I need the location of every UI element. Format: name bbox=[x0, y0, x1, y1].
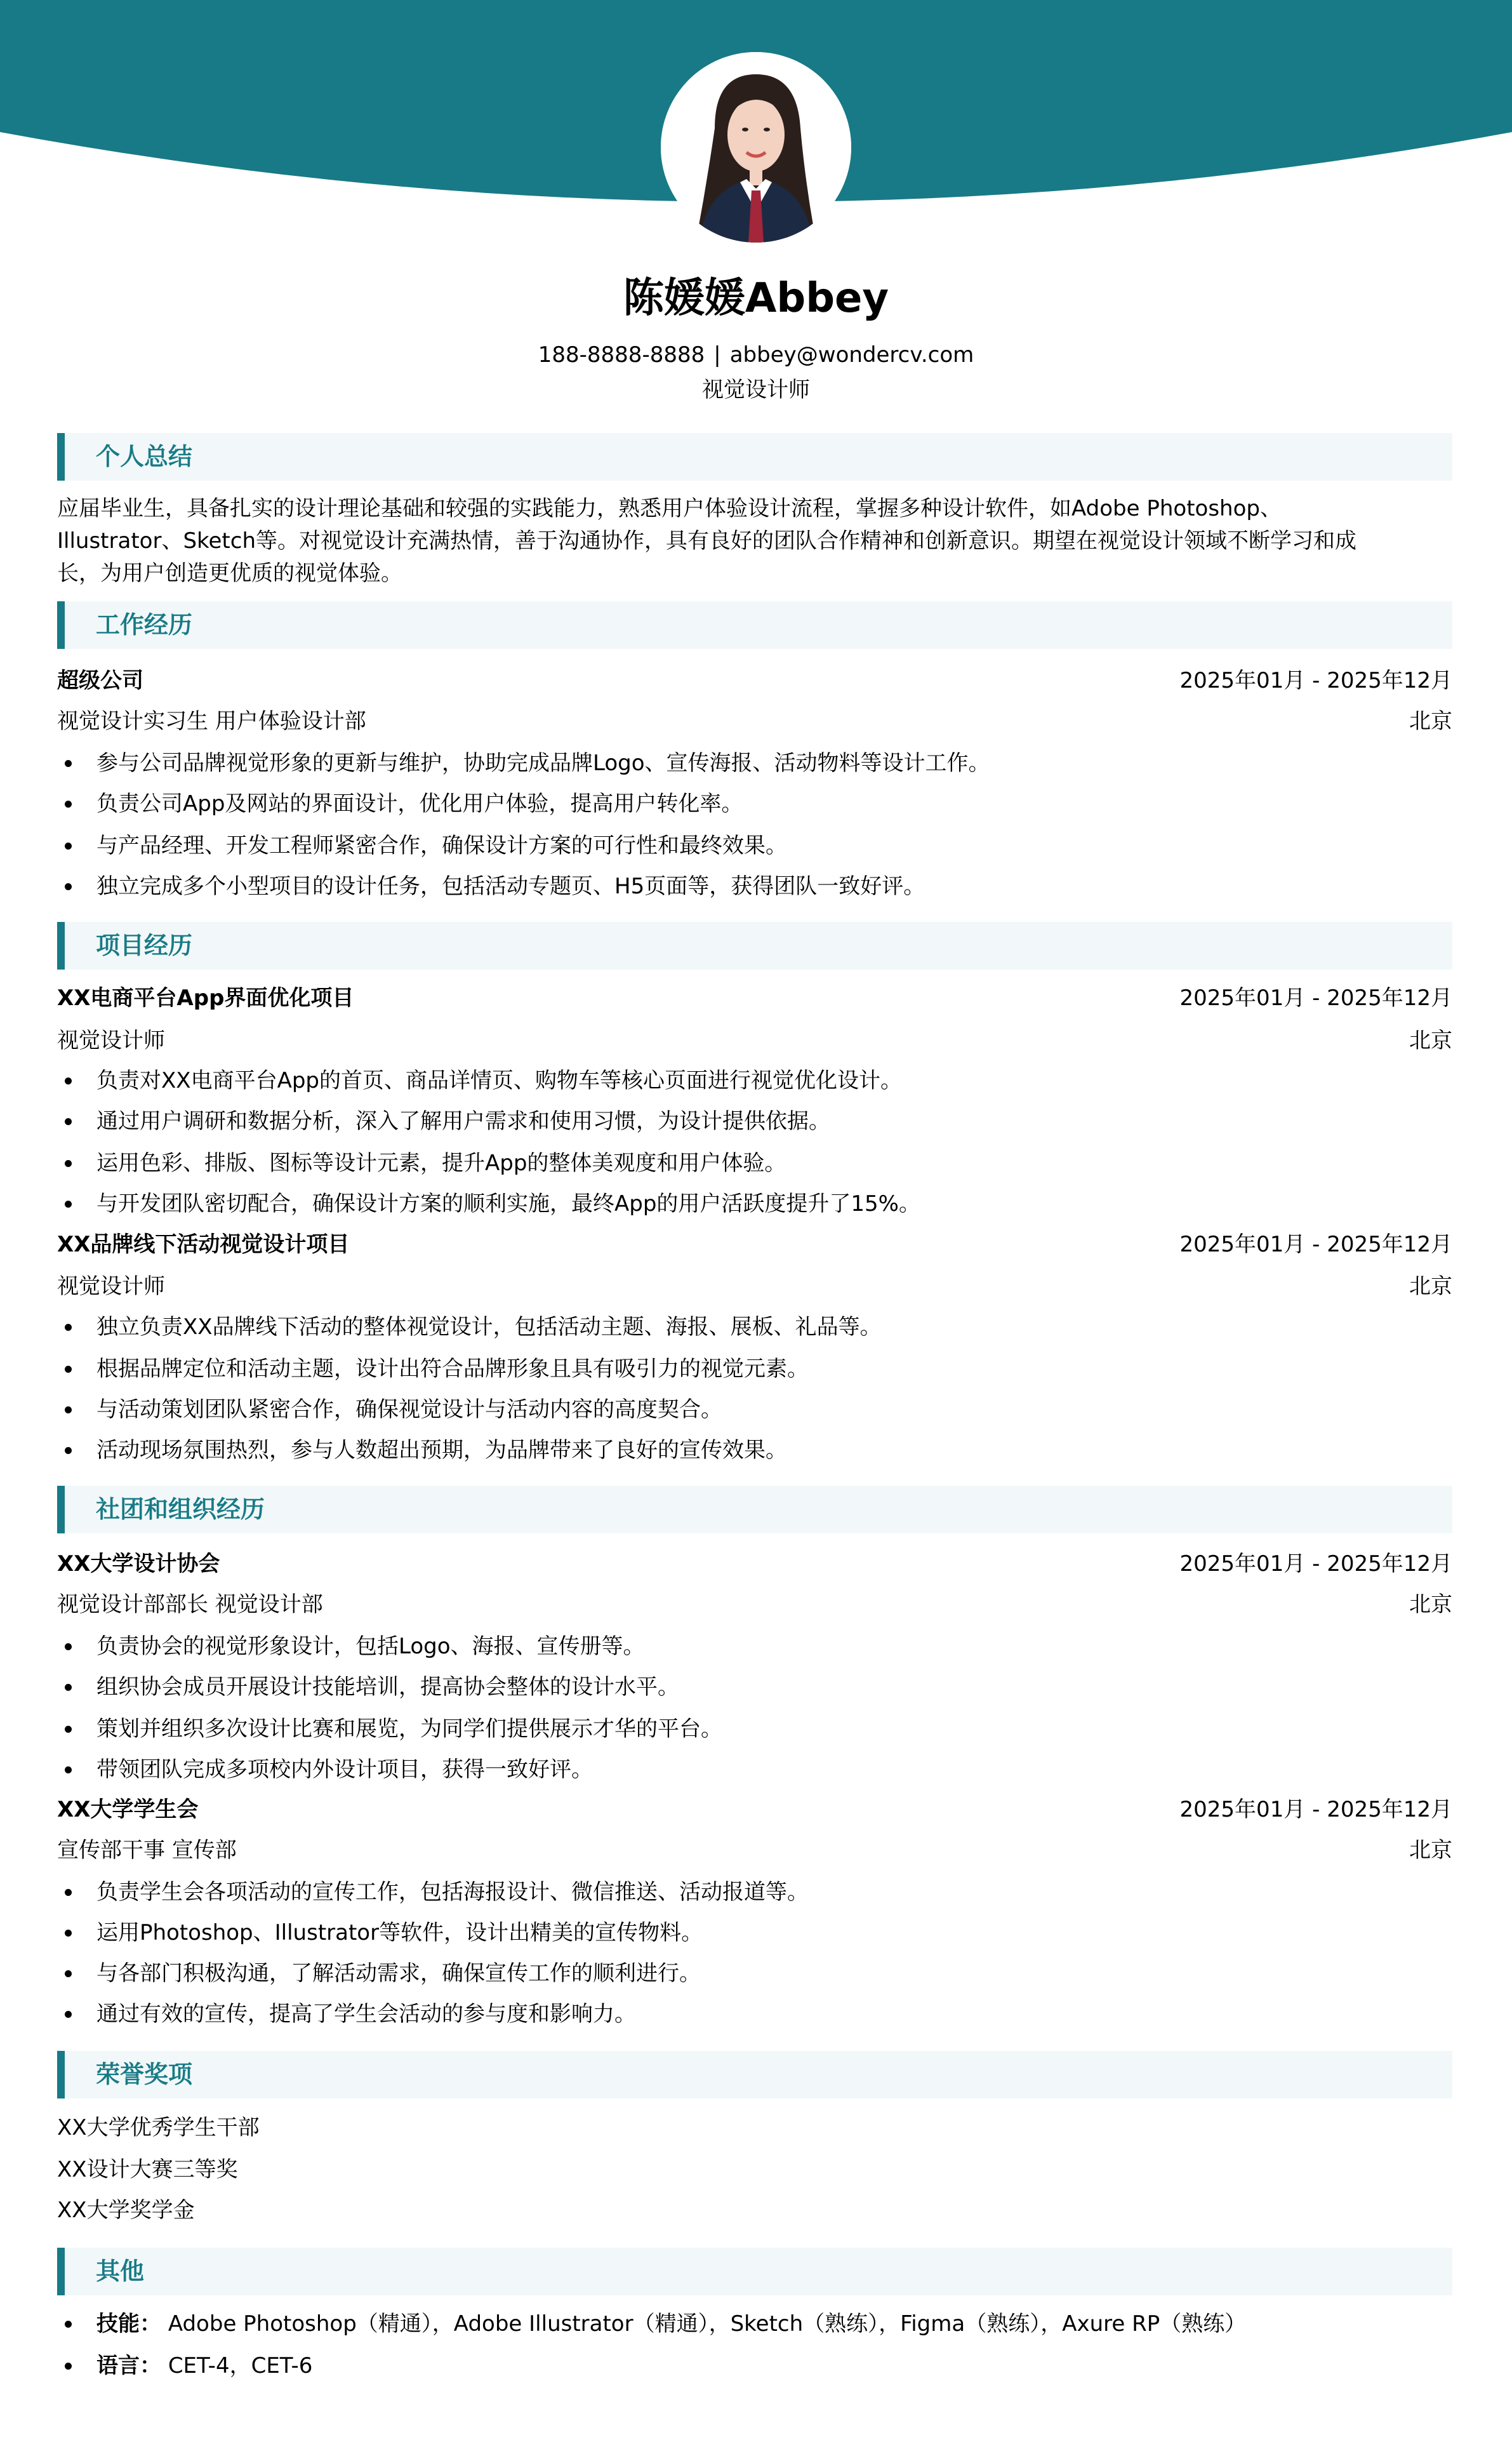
bullet-icon bbox=[65, 801, 72, 808]
entry-role: 视觉设计实习生 用户体验设计部 bbox=[57, 705, 366, 738]
phone: 188-8888-8888 bbox=[538, 342, 705, 368]
entry-date: 2025年01月 - 2025年12月 bbox=[1180, 664, 1452, 697]
job-title: 视觉设计师 bbox=[0, 373, 1512, 406]
entry-location: 北京 bbox=[1409, 1270, 1452, 1303]
bullet-icon bbox=[65, 1160, 72, 1167]
bullet-icon bbox=[65, 1970, 72, 1977]
entry-subheader: 宣传部干事 宣传部 北京 bbox=[57, 1834, 1452, 1867]
bullet-icon bbox=[65, 1684, 72, 1691]
section-title: 项目经历 bbox=[96, 922, 192, 970]
bullet-icon bbox=[65, 1406, 72, 1413]
bullet-icon bbox=[65, 1078, 72, 1084]
languages-value: CET-4，CET-6 bbox=[168, 2353, 313, 2379]
section-title: 其他 bbox=[96, 2248, 144, 2295]
contact-separator: | bbox=[713, 342, 720, 368]
entry-date: 2025年01月 - 2025年12月 bbox=[1180, 1793, 1452, 1826]
bullet-icon bbox=[65, 1889, 72, 1896]
award-item: XX大学优秀学生干部 bbox=[57, 2111, 1452, 2144]
bullet-icon bbox=[65, 1930, 72, 1937]
bullet-icon bbox=[65, 883, 72, 890]
bullet-icon bbox=[65, 1118, 72, 1125]
bullet-icon bbox=[65, 1324, 72, 1331]
bullet-icon bbox=[65, 843, 72, 850]
entry-date: 2025年01月 - 2025年12月 bbox=[1180, 1228, 1452, 1261]
award-item: XX设计大赛三等奖 bbox=[57, 2153, 1452, 2186]
avatar bbox=[661, 52, 851, 243]
summary-line: 应届毕业生，具备扎实的设计理论基础和较强的实践能力，熟悉用户体验设计流程，掌握多… bbox=[57, 493, 1452, 525]
section-title: 荣誉奖项 bbox=[96, 2051, 192, 2098]
bullet-icon bbox=[65, 2363, 72, 2370]
entry-header: XX电商平台App界面优化项目 2025年01月 - 2025年12月 bbox=[57, 982, 1452, 1015]
entry-org: XX大学学生会 bbox=[57, 1793, 198, 1826]
entry-role: 宣传部干事 宣传部 bbox=[57, 1834, 237, 1867]
entry-role: 视觉设计师 bbox=[57, 1270, 165, 1303]
entry-role: 视觉设计部部长 视觉设计部 bbox=[57, 1588, 323, 1621]
contact-line: 188-8888-8888|abbey@wondercv.com bbox=[0, 338, 1512, 371]
entry-date: 2025年01月 - 2025年12月 bbox=[1180, 1547, 1452, 1580]
email: abbey@wondercv.com bbox=[730, 342, 974, 368]
entry-subheader: 视觉设计实习生 用户体验设计部 北京 bbox=[57, 705, 1452, 738]
summary-text: 应届毕业生，具备扎实的设计理论基础和较强的实践能力，熟悉用户体验设计流程，掌握多… bbox=[57, 493, 1452, 590]
entry-subheader: 视觉设计师 北京 bbox=[57, 1270, 1452, 1303]
section-title: 社团和组织经历 bbox=[96, 1486, 265, 1533]
section-header-projects: 项目经历 bbox=[57, 922, 1452, 970]
bullet-icon bbox=[65, 2011, 72, 2018]
bullet-icon bbox=[65, 1766, 72, 1773]
candidate-name: 陈媛媛Abbey bbox=[0, 270, 1512, 327]
bullet-icon bbox=[65, 1643, 72, 1650]
entry-header: XX大学学生会 2025年01月 - 2025年12月 bbox=[57, 1793, 1452, 1826]
entry-org: XX大学设计协会 bbox=[57, 1547, 220, 1580]
entry-org: XX电商平台App界面优化项目 bbox=[57, 982, 354, 1015]
bullet-icon bbox=[65, 760, 72, 767]
section-header-other: 其他 bbox=[57, 2248, 1452, 2295]
entry-location: 北京 bbox=[1409, 1588, 1452, 1621]
bullet-icon bbox=[65, 1726, 72, 1733]
entry-header: 超级公司 2025年01月 - 2025年12月 bbox=[57, 664, 1452, 697]
bullet-icon bbox=[65, 1366, 72, 1373]
entry-header: XX品牌线下活动视觉设计项目 2025年01月 - 2025年12月 bbox=[57, 1228, 1452, 1261]
avatar-photo-icon bbox=[661, 52, 851, 243]
bullet-icon bbox=[65, 1447, 72, 1454]
summary-line: 长，为用户创造更优质的视觉体验。 bbox=[57, 557, 1452, 590]
entry-org: 超级公司 bbox=[57, 664, 143, 697]
entry-subheader: 视觉设计部部长 视觉设计部 北京 bbox=[57, 1588, 1452, 1621]
summary-line: Illustrator、Sketch等。对视觉设计充满热情，善于沟通协作，具有良… bbox=[57, 525, 1452, 557]
entry-location: 北京 bbox=[1409, 1834, 1452, 1867]
entry-subheader: 视觉设计师 北京 bbox=[57, 1024, 1452, 1057]
bullet-icon bbox=[65, 2321, 72, 2328]
entry-header: XX大学设计协会 2025年01月 - 2025年12月 bbox=[57, 1547, 1452, 1580]
section-header-clubs: 社团和组织经历 bbox=[57, 1486, 1452, 1533]
section-title: 工作经历 bbox=[96, 601, 192, 649]
entry-role: 视觉设计师 bbox=[57, 1024, 165, 1057]
section-header-summary: 个人总结 bbox=[57, 433, 1452, 481]
entry-org: XX品牌线下活动视觉设计项目 bbox=[57, 1228, 349, 1261]
languages-label: 语言： bbox=[96, 2353, 161, 2379]
award-item: XX大学奖学金 bbox=[57, 2194, 1452, 2227]
skills-label: 技能： bbox=[96, 2311, 161, 2337]
skills-value: Adobe Photoshop（精通），Adobe Illustrator（精通… bbox=[168, 2311, 1246, 2337]
entry-date: 2025年01月 - 2025年12月 bbox=[1180, 982, 1452, 1015]
section-header-awards: 荣誉奖项 bbox=[57, 2051, 1452, 2098]
bullet-icon bbox=[65, 1201, 72, 1208]
section-title: 个人总结 bbox=[96, 433, 192, 481]
section-header-work: 工作经历 bbox=[57, 601, 1452, 649]
entry-location: 北京 bbox=[1409, 705, 1452, 738]
entry-location: 北京 bbox=[1409, 1024, 1452, 1057]
